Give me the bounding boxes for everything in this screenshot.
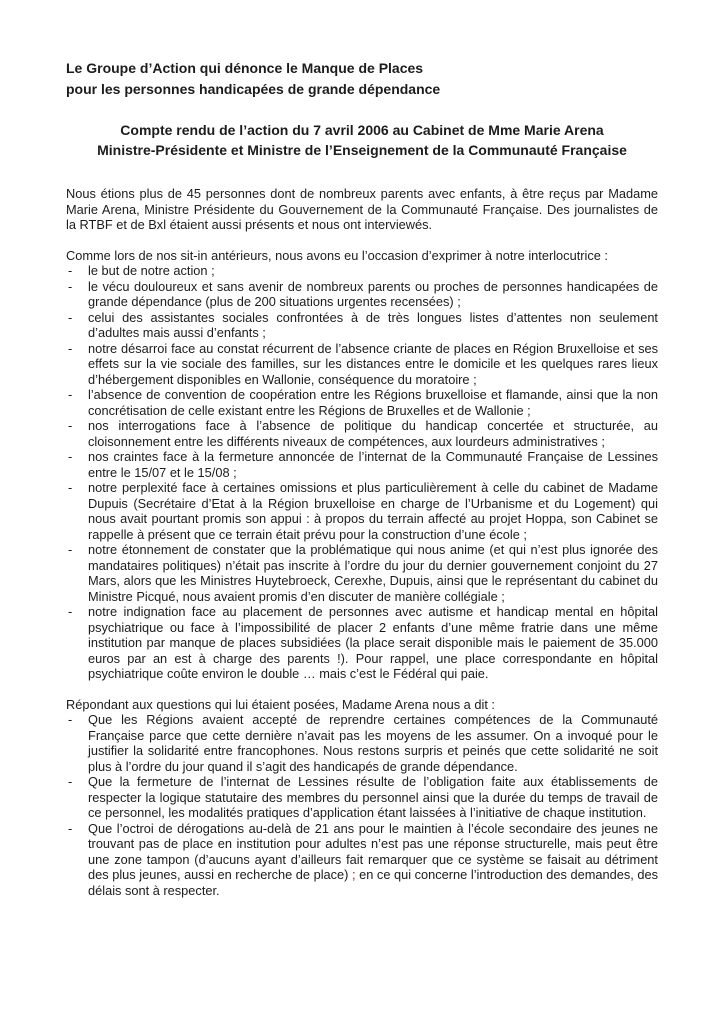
document-page: Le Groupe d’Action qui dénonce le Manque… bbox=[0, 0, 724, 1024]
bullet-dash: - bbox=[68, 712, 72, 728]
section2-list: - Que les Régions avaient accepté de rep… bbox=[66, 712, 658, 898]
bullet-dash: - bbox=[68, 310, 72, 326]
list-item: - celui des assistantes sociales confron… bbox=[66, 310, 658, 341]
list-item-text: nos craintes face à la fermeture annoncé… bbox=[88, 449, 658, 480]
list-item-text: Que les Régions avaient accepté de repre… bbox=[88, 712, 658, 774]
list-item: - nos interrogations face à l’absence de… bbox=[66, 418, 658, 449]
bullet-dash: - bbox=[68, 387, 72, 403]
list-item-text: le but de notre action ; bbox=[88, 263, 215, 278]
bullet-dash: - bbox=[68, 604, 72, 620]
list-item: - l’absence de convention de coopération… bbox=[66, 387, 658, 418]
section2-lead: Répondant aux questions qui lui étaient … bbox=[66, 697, 658, 713]
list-item: - le but de notre action ; bbox=[66, 263, 658, 279]
section1-lead: Comme lors de nos sit-in antérieurs, nou… bbox=[66, 248, 658, 264]
list-item: - notre étonnement de constater que la p… bbox=[66, 542, 658, 604]
bullet-dash: - bbox=[68, 480, 72, 496]
list-item: - nos craintes face à la fermeture annon… bbox=[66, 449, 658, 480]
section1-list: - le but de notre action ; - le vécu dou… bbox=[66, 263, 658, 682]
list-item-text: notre indignation face au placement de p… bbox=[88, 604, 658, 681]
document-title-line-2: pour les personnes handicapées de grande… bbox=[66, 79, 658, 100]
list-item-text: le vécu douloureux et sans avenir de nom… bbox=[88, 279, 658, 310]
document-title: Le Groupe d’Action qui dénonce le Manque… bbox=[66, 58, 658, 100]
bullet-dash: - bbox=[68, 263, 72, 279]
document-subtitle: Compte rendu de l’action du 7 avril 2006… bbox=[66, 120, 658, 160]
list-item-text: celui des assistantes sociales confronté… bbox=[88, 310, 658, 341]
document-subtitle-line-1: Compte rendu de l’action du 7 avril 2006… bbox=[66, 120, 658, 140]
bullet-dash: - bbox=[68, 821, 72, 837]
list-item: - Que les Régions avaient accepté de rep… bbox=[66, 712, 658, 774]
list-item: - notre perplexité face à certaines omis… bbox=[66, 480, 658, 542]
list-item-text: notre étonnement de constater que la pro… bbox=[88, 542, 658, 604]
list-item-text: notre désarroi face au constat récurrent… bbox=[88, 341, 658, 387]
list-item: - Que la fermeture de l’internat de Less… bbox=[66, 774, 658, 821]
document-content: Le Groupe d’Action qui dénonce le Manque… bbox=[66, 0, 658, 898]
bullet-dash: - bbox=[68, 774, 72, 790]
red-semicolon: ; bbox=[348, 867, 355, 882]
list-item-text: Que la fermeture de l’internat de Lessin… bbox=[88, 774, 658, 820]
bullet-dash: - bbox=[68, 542, 72, 558]
document-title-line-1: Le Groupe d’Action qui dénonce le Manque… bbox=[66, 58, 658, 79]
list-item: - notre indignation face au placement de… bbox=[66, 604, 658, 682]
document-subtitle-line-2: Ministre-Présidente et Ministre de l’Ens… bbox=[66, 140, 658, 160]
list-item-text: nos interrogations face à l’absence de p… bbox=[88, 418, 658, 449]
list-item: - Que l’octroi de dérogations au-delà de… bbox=[66, 821, 658, 899]
list-item-text: l’absence de convention de coopération e… bbox=[88, 387, 658, 418]
bullet-dash: - bbox=[68, 341, 72, 357]
list-item: - notre désarroi face au constat récurre… bbox=[66, 341, 658, 388]
bullet-dash: - bbox=[68, 418, 72, 434]
bullet-dash: - bbox=[68, 449, 72, 465]
bullet-dash: - bbox=[68, 279, 72, 295]
list-item: - le vécu douloureux et sans avenir de n… bbox=[66, 279, 658, 310]
list-item-text: notre perplexité face à certaines omissi… bbox=[88, 480, 658, 542]
intro-paragraph: Nous étions plus de 45 personnes dont de… bbox=[66, 186, 658, 233]
